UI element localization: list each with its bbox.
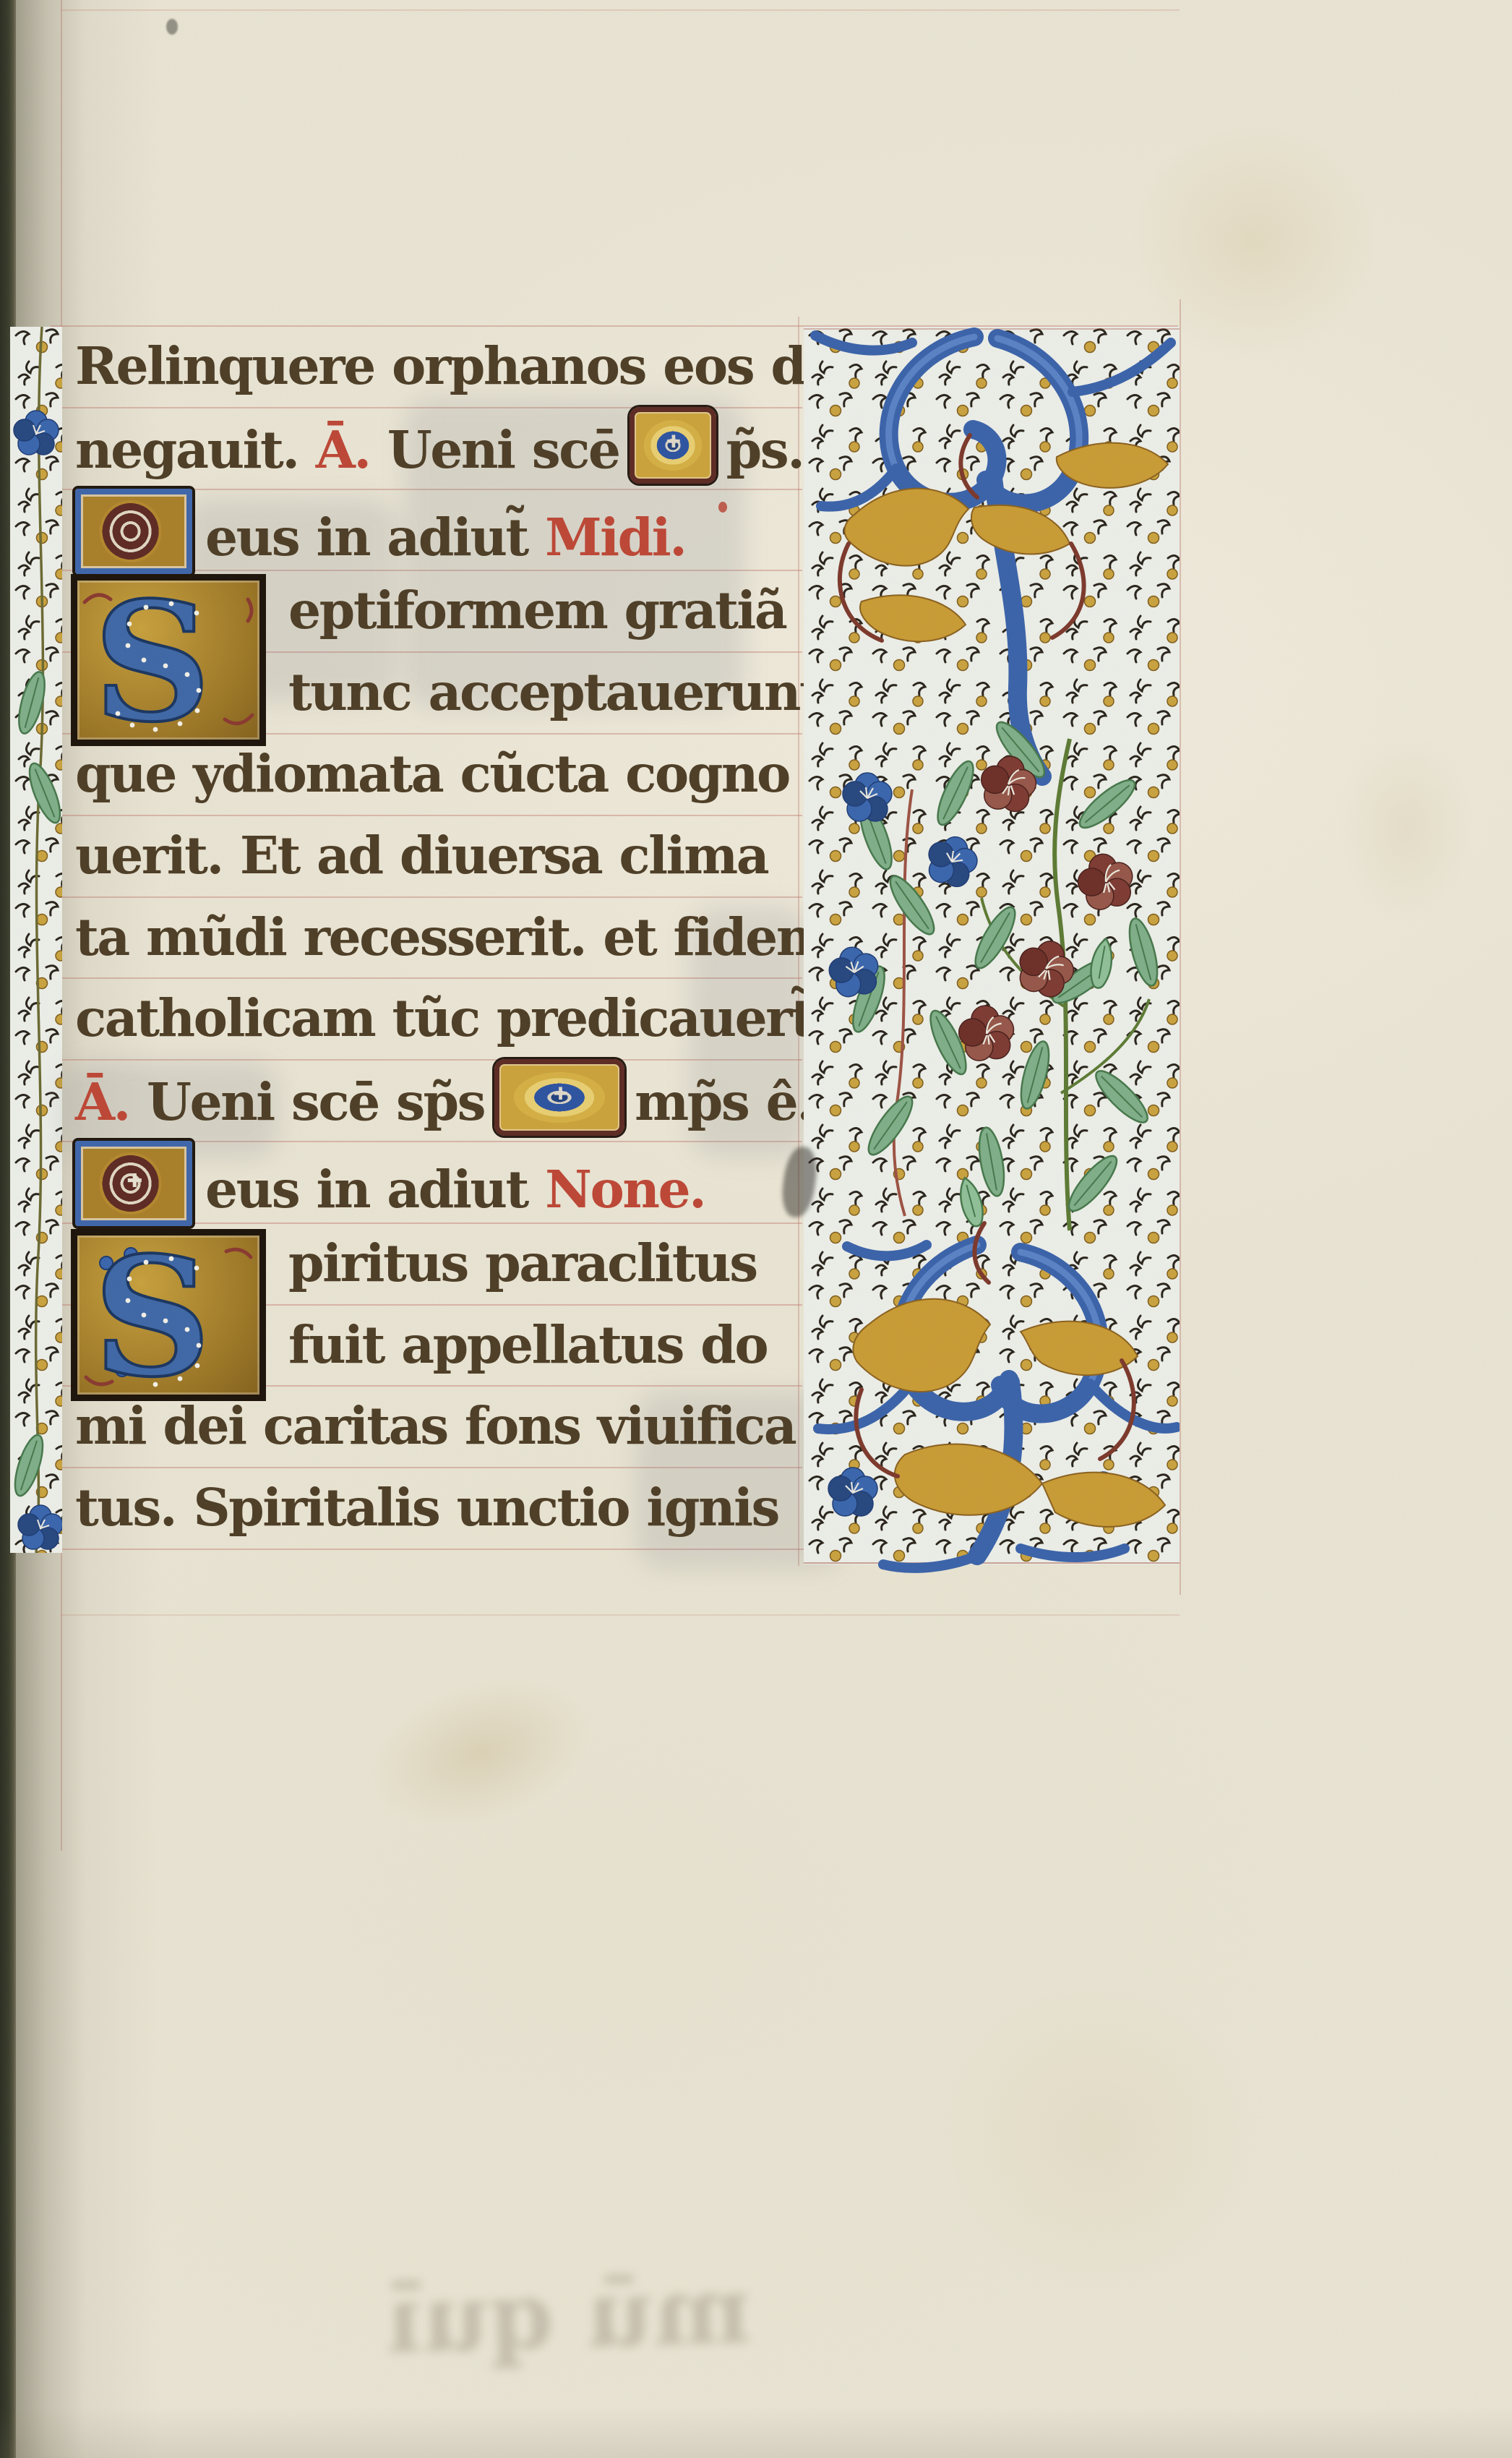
body-text: ta mũdi recesserit. et fidem — [75, 907, 828, 967]
body-text: p̃s. — [726, 419, 804, 480]
text-line-2: negauit. Ā. Ueni scēp̃s. — [75, 407, 803, 489]
text-line-9: catholicam tũc predicauert̃ — [75, 977, 812, 1059]
initial-letter-s: S — [93, 1236, 211, 1395]
ink-speck — [166, 19, 178, 35]
red-paint-speck — [718, 502, 727, 513]
bottom-edge-shading — [0, 2407, 1512, 2458]
show-through-text: mū quī — [258, 2256, 754, 2436]
body-text: piritus paraclitus — [288, 1233, 757, 1293]
text-line-3: eus in adiut̃ Midi. — [75, 489, 685, 570]
text-line-10: Ā. Ueni scē sp̃smp̃s ê. — [75, 1059, 812, 1141]
body-text: que ydiomata cũcta cogno — [75, 743, 789, 804]
body-text: tunc acceptauerunt. — [288, 661, 838, 722]
text-line-8: ta mũdi recesserit. et fidem — [75, 896, 828, 978]
body-text: uerit. Et ad diuersa clima — [75, 825, 768, 886]
rubric-text: Ā. — [316, 419, 387, 480]
body-text: mi dei caritas fons viuifica — [75, 1395, 795, 1456]
initial-letter-s: S — [93, 581, 211, 740]
body-text: negauit. — [75, 419, 316, 480]
parchment-stain — [1337, 730, 1474, 925]
body-text: fuit appellatus do — [288, 1314, 767, 1375]
parchment-stain — [940, 1981, 1258, 2292]
body-text: eptiformem gratiã — [288, 580, 786, 641]
line-filler-medallion — [494, 1059, 624, 1136]
body-text: eus in adiut̃ — [205, 507, 545, 568]
decorated-initial-s-spiritus: S — [71, 1229, 266, 1401]
right-floral-border — [804, 327, 1180, 1583]
parchment-stain — [353, 1653, 609, 1853]
body-text: eus in adiut — [205, 1159, 545, 1220]
rubric-text: Ā. — [75, 1071, 147, 1132]
body-text: Ueni scē sp̃s — [147, 1071, 484, 1132]
decorated-initial-d — [75, 489, 192, 574]
manuscript-page: Relinquere orphanos eos denegauit. Ā. Ue… — [0, 0, 1512, 2458]
body-text: Ueni scē — [387, 419, 619, 480]
ruling-top-margin — [61, 9, 1180, 11]
text-line-15: tus. Spiritalis unctio ignis — [75, 1467, 778, 1549]
body-text: mp̃s ê. — [635, 1071, 812, 1132]
decorated-initial-s-septiformem: S — [71, 574, 266, 746]
ruling-lower-margin — [61, 1614, 1180, 1616]
rubric-text: Midi. — [545, 507, 685, 568]
left-marginal-border — [10, 327, 62, 1553]
text-line-7: uerit. Et ad diuersa clima — [75, 815, 768, 896]
decorated-initial-d — [75, 1141, 192, 1226]
rubric-text: None. — [545, 1159, 705, 1220]
body-text: Relinquere orphanos eos de — [75, 335, 836, 396]
line-filler-medallion — [630, 407, 716, 484]
text-line-11: eus in adiut None. — [75, 1141, 705, 1222]
ruling-vertical-border — [1180, 299, 1181, 1595]
text-line-1: Relinquere orphanos eos de — [75, 325, 836, 407]
body-text: tus. Spiritalis unctio ignis — [75, 1477, 778, 1538]
body-text: catholicam tũc predicauert̃ — [75, 988, 812, 1048]
